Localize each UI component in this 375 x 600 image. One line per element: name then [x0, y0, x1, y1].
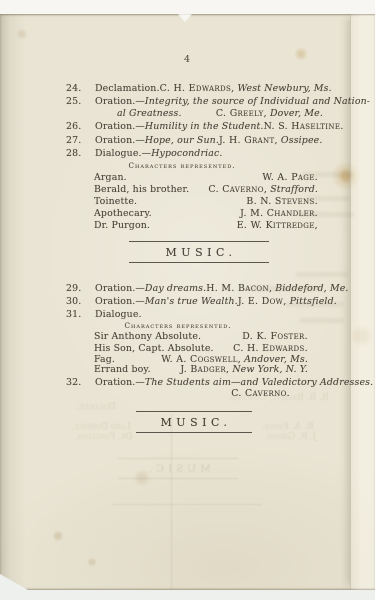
bleed-through-smudge — [286, 302, 344, 307]
bleed-through-smudge — [300, 318, 344, 323]
program-item-25-continued: al Greatness. C. Greely,Dover, Me. — [66, 108, 323, 119]
program-item-26: 26.Oration.—Humility in the Student. N. … — [66, 121, 318, 132]
bleed-through-smudge — [302, 172, 352, 177]
cast-role: Errand boy. — [94, 364, 151, 375]
program-item-30: 30.Oration.—Man's true Wealth. J. E. Dow… — [66, 296, 302, 307]
paper-sheet: 4 24.Declamation. C. H. Edwards,West New… — [0, 14, 375, 590]
bleed-through-text: R. B. Bassett, Concord. — [228, 393, 329, 403]
vertical-crease — [171, 414, 172, 590]
item-title: —Humility in the Student. — [135, 121, 263, 132]
bottom-left-corner-cut — [0, 574, 28, 590]
performer-hometown: Ossipee. — [281, 135, 323, 146]
performer-hometown: New York, N. Y. — [232, 364, 308, 375]
program-item-31: 31.Dialogue. — [66, 309, 328, 320]
cast-role: His Son, Capt. Absolute. — [94, 343, 214, 354]
performer-name: E. W. Kittredge, — [237, 220, 318, 231]
performer-name: C. H. Edwards. — [233, 343, 308, 354]
scanned-program-page: 4 24.Declamation. C. H. Edwards,West New… — [0, 0, 375, 600]
cast-row: His Son, Capt. Absolute. C. H. Edwards. — [94, 343, 308, 354]
cast-row: Errand boy. J. Badger,New York, N. Y. — [94, 364, 308, 375]
cast-role: Toinette. — [94, 196, 137, 207]
item-title: —Man's true Wealth. — [135, 296, 237, 307]
item-title: —Hypocondriac. — [142, 148, 223, 159]
item-title: —Hope, our Sun. — [135, 135, 219, 146]
performer-hometown: Strafford. — [270, 184, 318, 195]
bleed-through-music-heading: MUSIC. — [118, 458, 238, 479]
item-label: Declamation. — [95, 83, 160, 94]
top-edge-crease-notch — [178, 14, 192, 22]
program-item-25: 25.Oration.—Integrity, the source of Ind… — [66, 96, 328, 107]
bleed-through-smudge — [246, 286, 321, 291]
performer-hometown: Dover, Me. — [270, 108, 323, 119]
item-number: 27. — [66, 135, 95, 146]
cast-role: Berald, his brother. — [94, 184, 189, 195]
bleed-through-text: J. R. Gibson. — [264, 432, 316, 442]
bleed-through-text: R. A. Evans. — [262, 422, 314, 432]
item-title: —Integrity, the source of Individual and… — [135, 96, 370, 107]
bleed-through-rule — [112, 504, 262, 505]
item-label: Oration. — [95, 121, 135, 132]
bleed-through-text: Dialogue. — [76, 402, 116, 412]
performer-name: C. Greely, — [216, 108, 267, 119]
cast-row: Toinette. B. N. Stevens. — [94, 196, 318, 207]
cast-role: Argan. — [94, 172, 127, 183]
program-item-24: 24.Declamation. C. H. Edwards,West Newbu… — [66, 83, 323, 94]
music-heading: MUSIC. — [136, 411, 252, 433]
cast-row: Apothecary. J. M. Chandler. — [94, 208, 318, 219]
performer-name: J. E. Dow, — [238, 296, 287, 307]
characters-represented-heading: Characters represented. — [54, 161, 310, 170]
cast-role: Sir Anthony Absolute. — [94, 331, 201, 342]
performer-name: C. H. Edwards, — [160, 83, 235, 94]
program-item-32: 32.Oration.—The Students aim—and Valedic… — [66, 377, 328, 388]
performer-name: J. H. Grant, — [219, 135, 278, 146]
item-number: 31. — [66, 309, 95, 320]
item-title-continuation: al Greatness. — [117, 108, 182, 119]
item-label: Dialogue. — [95, 309, 142, 320]
item-number: 26. — [66, 121, 95, 132]
cast-role: Dr. Purgon. — [94, 220, 150, 231]
performer-name: D. K. Foster. — [242, 331, 308, 342]
scan-background-bottom — [0, 590, 375, 600]
item-label: Oration. — [95, 377, 135, 388]
item-label: Oration. — [95, 96, 135, 107]
performer-name: C. Caverno, — [208, 184, 267, 195]
bleed-through-text: Dr. Pangloss. — [75, 432, 133, 442]
item-number: 24. — [66, 83, 95, 94]
cast-row: Dr. Purgon. E. W. Kittredge, — [94, 220, 318, 231]
item-number: 29. — [66, 283, 95, 294]
item-label: Oration. — [95, 283, 135, 294]
music-heading: MUSIC. — [129, 241, 269, 263]
program-item-27: 27.Oration.—Hope, our Sun. J. H. Grant,O… — [66, 135, 315, 146]
item-number: 25. — [66, 96, 95, 107]
bleed-through-smudge — [296, 272, 348, 277]
cast-row: Berald, his brother. C. Caverno,Straffor… — [94, 184, 318, 195]
bleed-through-smudge — [306, 196, 350, 201]
bleed-through-text: Lord Duberly. — [72, 422, 131, 432]
performer-hometown: West Newbury, Ms. — [237, 83, 331, 94]
cast-row: Argan. W. A. Page. — [94, 172, 318, 183]
item-number: 32. — [66, 377, 95, 388]
cast-role: Apothecary. — [94, 208, 152, 219]
cast-row: Sir Anthony Absolute. D. K. Foster. — [94, 331, 308, 342]
item-title: —Day dreams. — [135, 283, 206, 294]
performer-name: J. Badger, — [180, 364, 229, 375]
program-item-28: 28.Dialogue.—Hypocondriac. — [66, 148, 328, 159]
item-label: Oration. — [95, 296, 135, 307]
item-label: Oration. — [95, 135, 135, 146]
performer-name: N. S. Haseltine. — [264, 121, 344, 132]
item-title: —The Students aim—and Valedictory Addres… — [135, 377, 373, 388]
item-number: 30. — [66, 296, 95, 307]
characters-represented-heading: Characters represented. — [50, 321, 306, 330]
scan-background-top — [0, 0, 375, 14]
item-label: Dialogue. — [95, 148, 142, 159]
item-number: 28. — [66, 148, 95, 159]
bleed-through-smudge — [298, 212, 354, 217]
page-number: 4 — [180, 54, 194, 65]
